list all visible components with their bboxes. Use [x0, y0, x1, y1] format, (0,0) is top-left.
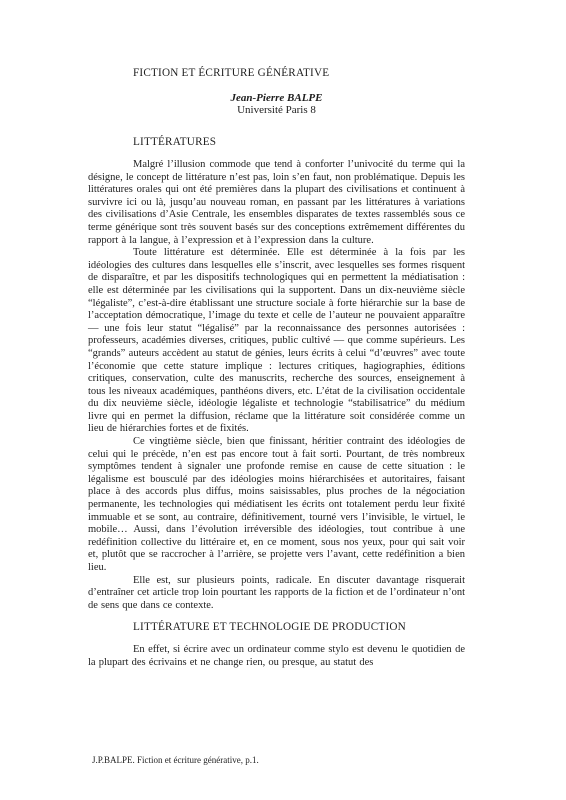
document-page: FICTION ET ÉCRITURE GÉNÉRATIVE Jean-Pier… [0, 0, 566, 800]
section-heading: LITTÉRATURE ET TECHNOLOGIE DE PRODUCTION [133, 621, 465, 634]
document-title: FICTION ET ÉCRITURE GÉNÉRATIVE [133, 67, 465, 80]
document-content: FICTION ET ÉCRITURE GÉNÉRATIVE Jean-Pier… [88, 67, 465, 670]
paragraph: Toute littérature est déterminée. Elle e… [88, 247, 465, 436]
paragraph: Ce vingtième siècle, bien que finissant,… [88, 436, 465, 575]
author-name: Jean-Pierre BALPE [88, 92, 465, 104]
page-footer: J.P.BALPE. Fiction et écriture générativ… [92, 755, 259, 766]
paragraph: Elle est, sur plusieurs points, radicale… [88, 575, 465, 613]
author-block: Jean-Pierre BALPE Université Paris 8 [88, 92, 465, 116]
document-sections: LITTÉRATURESMalgré l’illusion commode qu… [88, 136, 465, 670]
paragraph: Malgré l’illusion commode que tend à con… [88, 159, 465, 247]
paragraph: En effet, si écrire avec un ordinateur c… [88, 644, 465, 669]
section-heading: LITTÉRATURES [133, 136, 465, 149]
author-affiliation: Université Paris 8 [88, 104, 465, 116]
